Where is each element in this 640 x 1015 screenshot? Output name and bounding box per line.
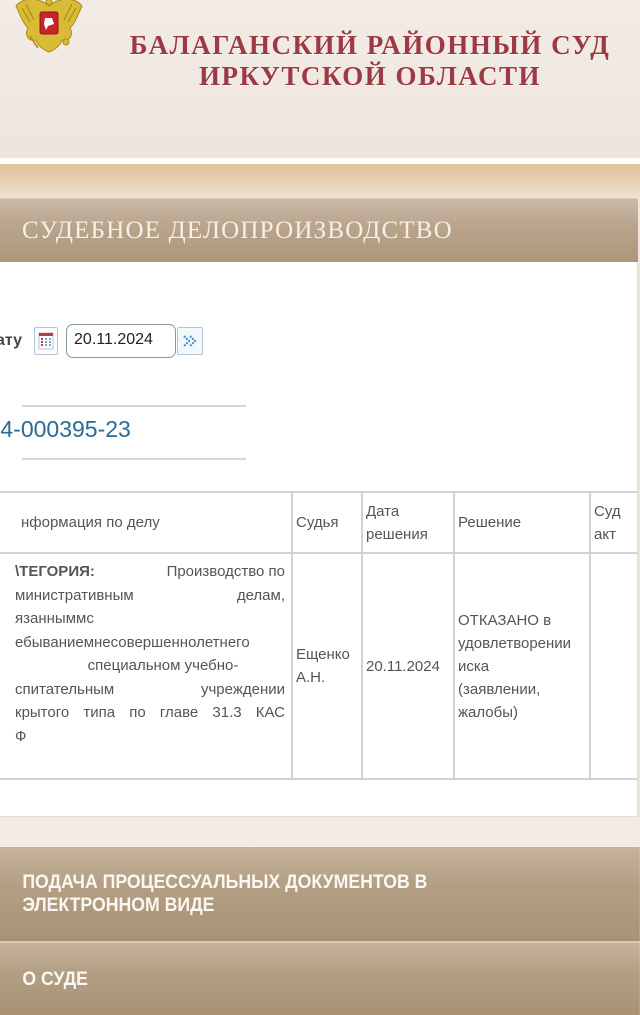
- divider: [22, 405, 246, 407]
- calendar-icon: [38, 332, 54, 350]
- table-header-row: нформация по делу Судья Дата решения Реш…: [0, 492, 638, 553]
- info-text: Ф: [15, 725, 285, 749]
- decision-text: (заявлении,: [458, 681, 540, 698]
- header-line: Суд: [594, 503, 621, 520]
- judge-cell: Ещенко А.Н.: [292, 553, 362, 779]
- info-text: Производство по: [167, 560, 285, 583]
- decorative-band: [0, 164, 640, 198]
- divider: [22, 458, 246, 460]
- info-text: ебываниемнесовершеннолетнего: [15, 631, 285, 655]
- decision-text: удовлетворении: [458, 635, 571, 652]
- judge-name: Ещенко: [296, 646, 350, 663]
- header-line: акт: [594, 526, 616, 543]
- decision-text: ОТКАЗАНО в: [458, 612, 551, 629]
- info-text: язанныммс: [15, 607, 285, 631]
- column-header-court-act: Суд акт: [590, 492, 638, 553]
- date-filter: ату 20.11.2024: [0, 324, 203, 358]
- search-by-date-button[interactable]: [177, 327, 203, 355]
- info-text: спитательным учреждении: [15, 678, 285, 702]
- table-row: \ТЕГОРИЯ: Производство по министративным…: [0, 553, 638, 779]
- nav-label: О СУДЕ: [22, 968, 88, 991]
- case-number-link[interactable]: !4-000395-23: [0, 416, 131, 443]
- case-table: нформация по делу Судья Дата решения Реш…: [0, 491, 638, 780]
- site-banner: БАЛАГАНСКИЙ РАЙОННЫЙ СУД ИРКУТСКОЙ ОБЛАС…: [0, 0, 640, 158]
- nav-label: ЭЛЕКТРОННОМ ВИДЕ: [22, 894, 427, 917]
- info-text: министративным делам,: [15, 584, 285, 608]
- case-info-cell: \ТЕГОРИЯ: Производство по министративным…: [0, 553, 292, 779]
- decision-cell: ОТКАЗАНО в удовлетворении иска (заявлени…: [454, 553, 590, 779]
- info-text: специальном учебно-: [15, 654, 285, 678]
- date-input[interactable]: 20.11.2024: [66, 324, 176, 358]
- section-title: СУДЕБНОЕ ДЕЛОПРОИЗВОДСТВО: [22, 217, 453, 245]
- content-panel: ату 20.11.2024 !4-00039: [0, 262, 638, 817]
- decision-text: жалобы): [458, 704, 518, 721]
- header-line: Дата: [366, 503, 399, 520]
- column-header-decision-date: Дата решения: [362, 492, 454, 553]
- coat-of-arms-icon[interactable]: [12, 0, 86, 56]
- column-header-judge: Судья: [292, 492, 362, 553]
- column-header-info: нформация по делу: [0, 492, 292, 553]
- nav-about-court[interactable]: О СУДЕ: [0, 943, 640, 1015]
- info-text: крытого типа по главе 31.3 КАС: [15, 701, 285, 725]
- nav-electronic-filing[interactable]: ПОДАЧА ПРОЦЕССУАЛЬНЫХ ДОКУМЕНТОВ В ЭЛЕКТ…: [0, 847, 640, 941]
- judge-initials: А.Н.: [296, 669, 325, 686]
- section-header: СУДЕБНОЕ ДЕЛОПРОИЗВОДСТВО: [0, 198, 638, 262]
- date-filter-label: ату: [0, 332, 22, 350]
- decision-text: иска: [458, 658, 489, 675]
- decision-date-cell: 20.11.2024: [362, 553, 454, 779]
- court-title-line-2: ИРКУТСКОЙ ОБЛАСТИ: [100, 61, 640, 92]
- court-title[interactable]: БАЛАГАНСКИЙ РАЙОННЫЙ СУД ИРКУТСКОЙ ОБЛАС…: [100, 30, 640, 92]
- double-chevron-right-icon: [182, 334, 198, 348]
- header-line: решения: [366, 526, 428, 543]
- nav-label: ПОДАЧА ПРОЦЕССУАЛЬНЫХ ДОКУМЕНТОВ В: [22, 871, 427, 894]
- column-header-decision: Решение: [454, 492, 590, 553]
- calendar-button[interactable]: [34, 327, 58, 355]
- court-title-line-1: БАЛАГАНСКИЙ РАЙОННЫЙ СУД: [100, 30, 640, 61]
- court-act-cell[interactable]: [590, 553, 638, 779]
- category-label: \ТЕГОРИЯ:: [15, 563, 95, 580]
